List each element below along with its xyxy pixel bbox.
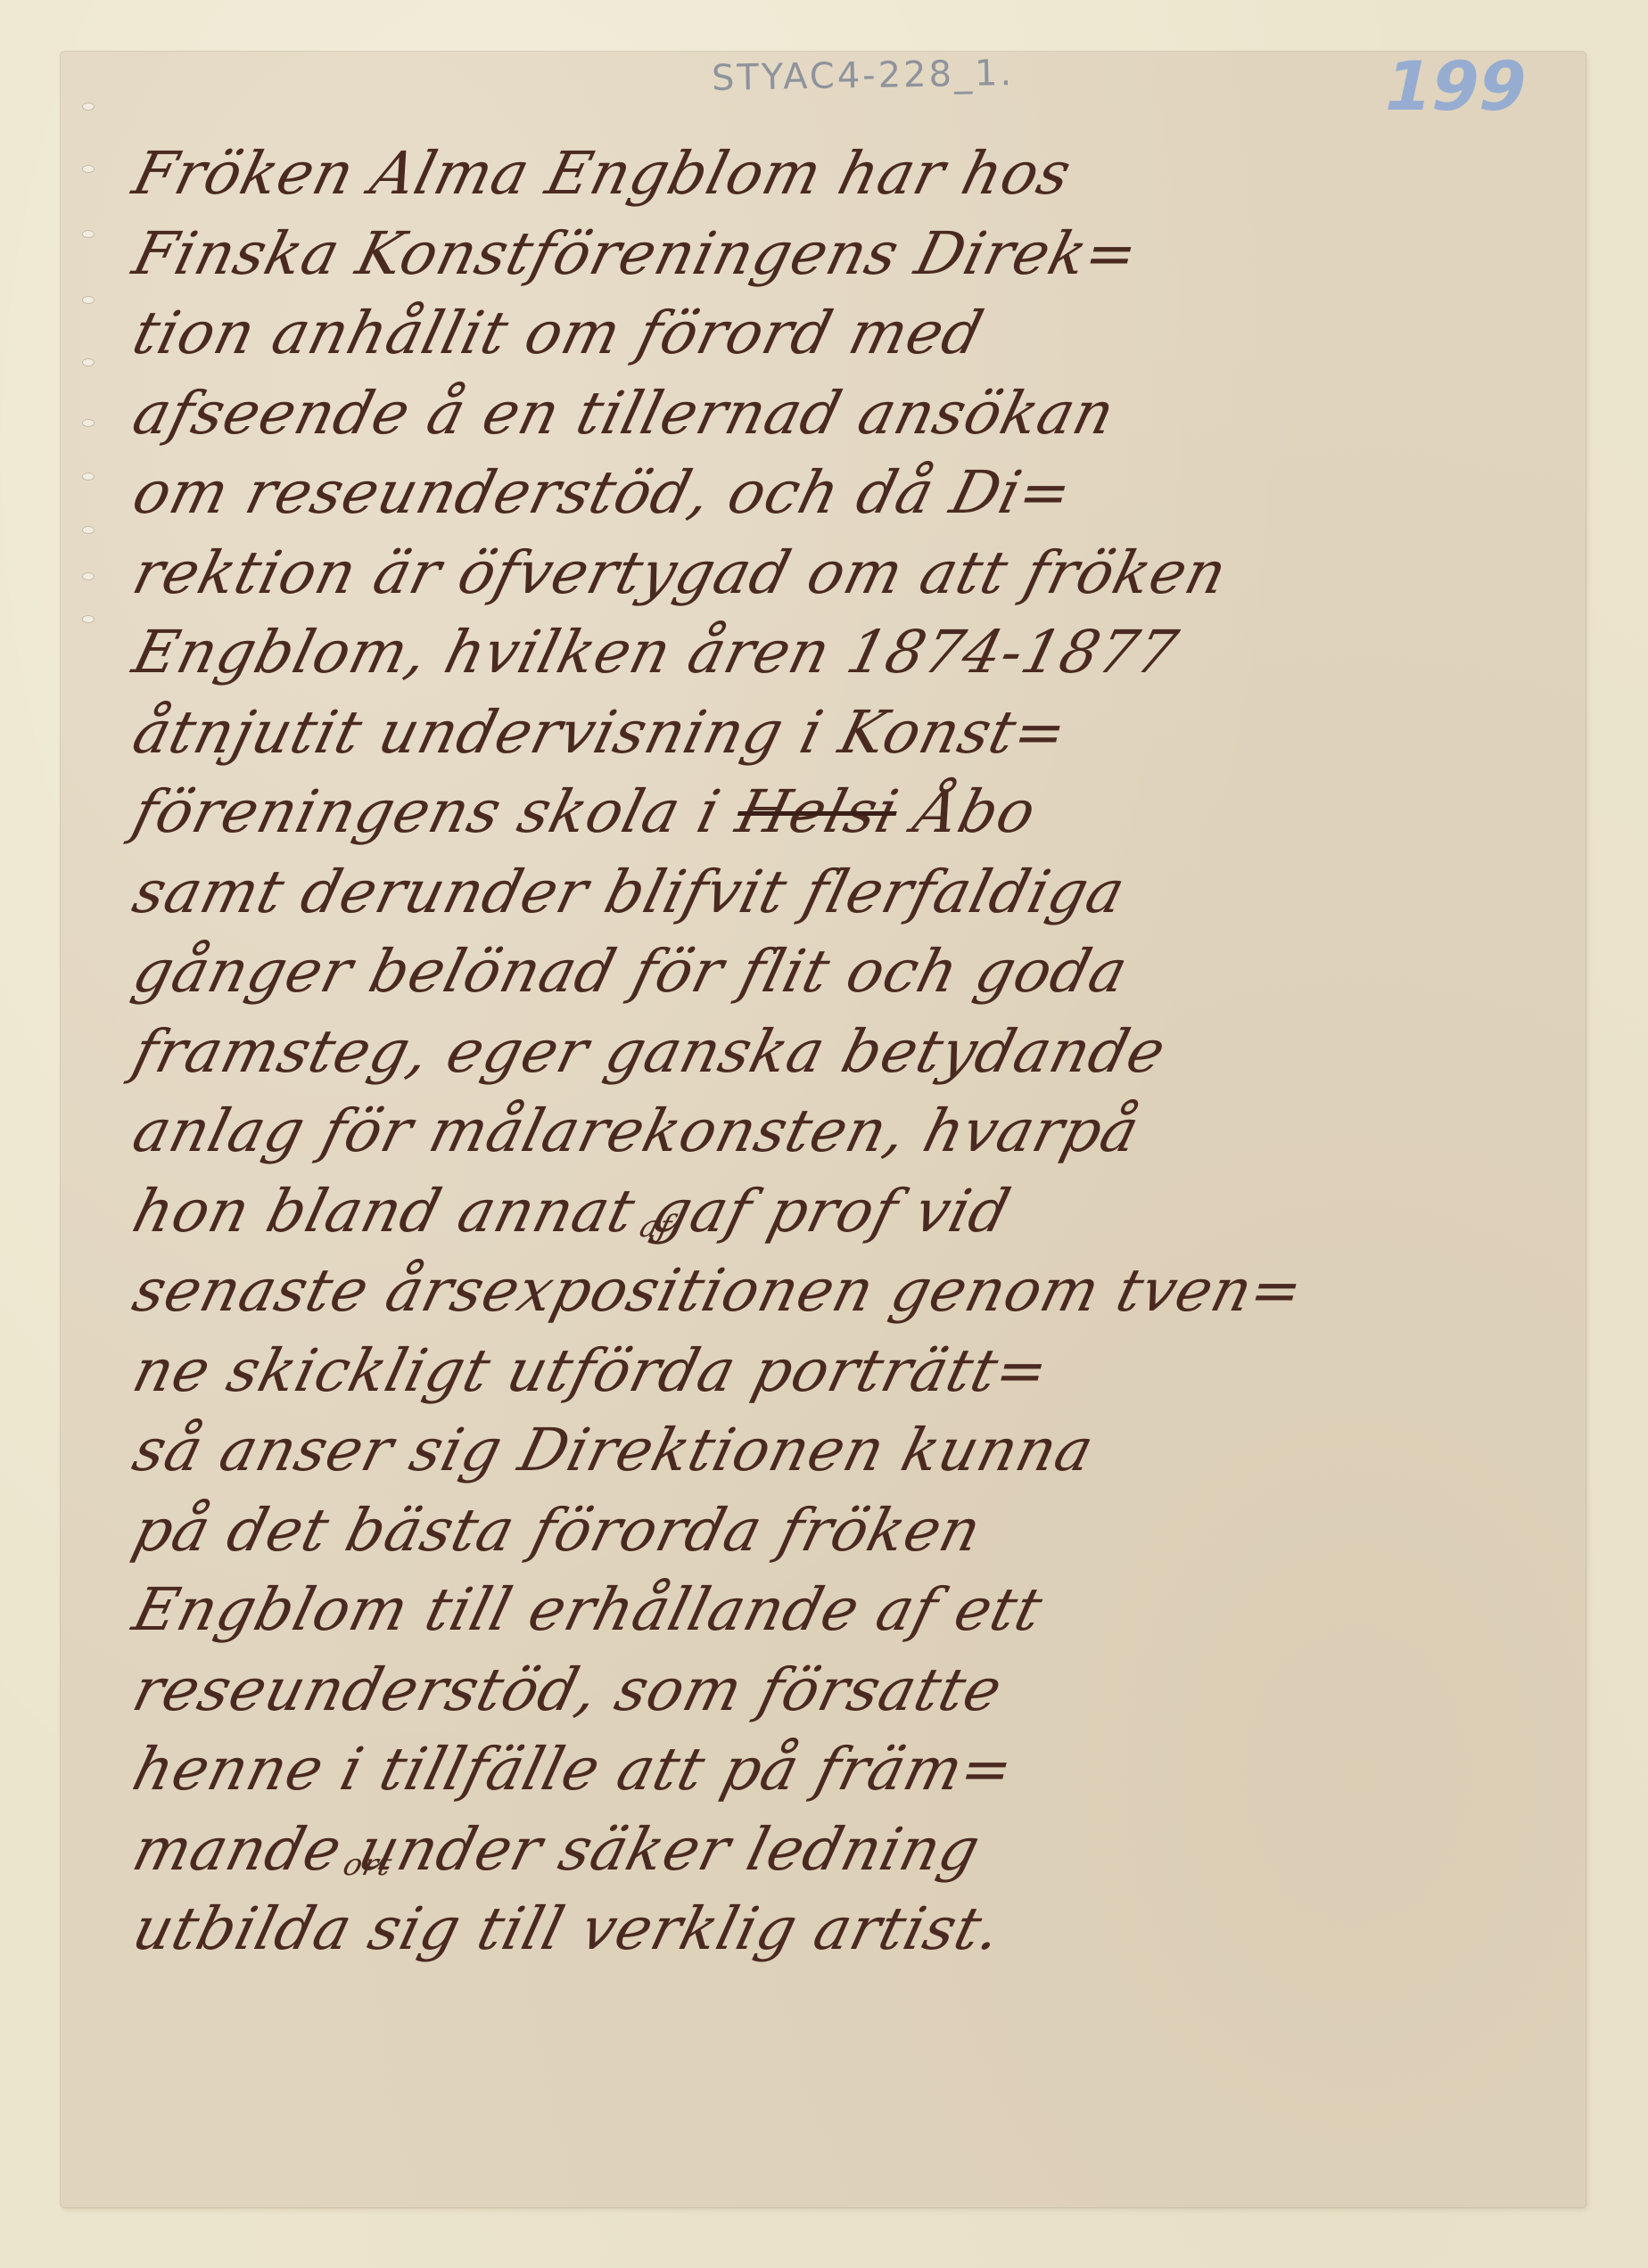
letter-line-10: samt derunder blifvit flerfaldiga bbox=[125, 852, 1589, 933]
punch-holes bbox=[82, 0, 109, 2268]
line-text: föreningens skola i bbox=[127, 777, 747, 846]
punch-hole bbox=[82, 419, 95, 427]
letter-line-18: på det bästa förorda fröken bbox=[125, 1491, 1589, 1571]
letter-line-9: föreningens skola i Helsi Åbo bbox=[125, 772, 1589, 852]
letter-line-6: rektion är öfvertygad om att fröken bbox=[125, 533, 1589, 613]
letter-line-16: ne skickligt utförda porträtt= bbox=[125, 1331, 1589, 1411]
letter-line-12: framsteg, eger ganska betydande bbox=[125, 1012, 1589, 1092]
letter-line-22: mande ort under säker ledning bbox=[125, 1810, 1589, 1890]
letter-line-21: henne i tillfälle att på främ= bbox=[125, 1730, 1589, 1810]
punch-hole bbox=[82, 572, 95, 580]
line-text: hon bland annat bbox=[127, 1177, 663, 1245]
letter-line-11: gånger belönad för flit och goda bbox=[125, 932, 1589, 1012]
letter-line-1: Fröken Alma Engblom har hos bbox=[125, 134, 1589, 214]
letter-line-5: om reseunderstöd, och då Di= bbox=[125, 453, 1589, 533]
punch-hole bbox=[82, 358, 95, 366]
struck-out-word: Helsi bbox=[729, 777, 905, 846]
letter-line-3: tion anhållit om förord med bbox=[125, 293, 1589, 374]
letter-line-15: senaste årsexpositionen genom tven= bbox=[125, 1251, 1589, 1331]
letter-line-14: hon bland annat af gaf prof vid bbox=[125, 1171, 1589, 1252]
letter-line-19: Engblom till erhållande af ett bbox=[125, 1570, 1589, 1650]
punch-hole bbox=[82, 472, 95, 481]
punch-hole bbox=[82, 526, 95, 534]
letter-line-8: åtnjutit undervisning i Konst= bbox=[125, 693, 1589, 773]
punch-hole bbox=[82, 615, 95, 623]
archive-id-label: STYAC4-228_1. bbox=[712, 53, 1015, 99]
punch-hole bbox=[82, 165, 95, 173]
letter-line-7: Engblom, hvilken åren 1874-1877 bbox=[125, 612, 1589, 693]
interlinear-insertion: ort bbox=[340, 1850, 395, 1880]
line-text: mande bbox=[127, 1815, 369, 1884]
letter-line-17: så anser sig Direktionen kunna bbox=[125, 1410, 1589, 1491]
letter-body: Fröken Alma Engblom har hos Finska Konst… bbox=[125, 134, 1570, 1969]
letter-line-4: afseende å en tillernad ansökan bbox=[125, 374, 1589, 454]
punch-hole bbox=[82, 296, 95, 304]
letter-line-13: anlag för målarekonsten, hvarpå bbox=[125, 1091, 1589, 1171]
punch-hole bbox=[82, 230, 95, 238]
line-text: under säker ledning bbox=[351, 1815, 987, 1884]
folio-number: 199 bbox=[1377, 46, 1536, 126]
line-text: gaf prof vid bbox=[645, 1177, 1018, 1245]
punch-hole bbox=[82, 103, 95, 111]
letter-line-23: utbilda sig till verklig artist. bbox=[125, 1889, 1589, 1969]
letter-line-20: reseunderstöd, som försatte bbox=[125, 1650, 1589, 1730]
line-text: Åbo bbox=[888, 777, 1043, 846]
letter-line-2: Finska Konstföreningens Direk= bbox=[125, 214, 1589, 294]
